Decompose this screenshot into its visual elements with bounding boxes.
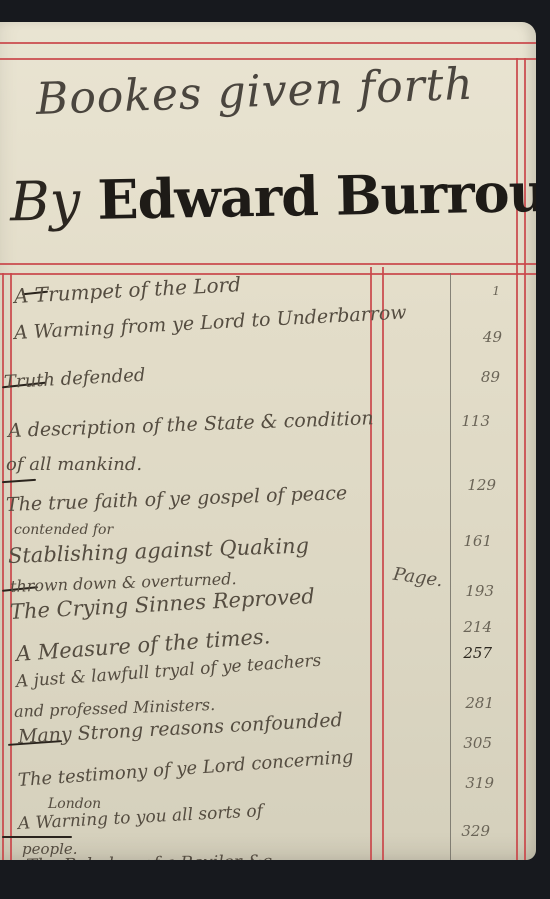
list-item-page: 257 — [432, 644, 492, 662]
top-rule-1 — [0, 42, 536, 44]
list-item-page: 193 — [434, 582, 494, 600]
title-line-1: Bookes given forth — [35, 59, 474, 125]
list-item-page: 89 — [440, 368, 500, 386]
list-item-page: 1 — [440, 284, 500, 298]
list-item-title: A Trumpet of the Lord — [13, 272, 241, 308]
list-item-page: 161 — [432, 532, 492, 550]
list-item-title: contended for — [14, 522, 113, 538]
header-rule-1 — [0, 263, 536, 265]
list-item-page: 329 — [430, 822, 490, 840]
list-item-page: 129 — [436, 476, 496, 494]
column-rule-2 — [382, 267, 384, 860]
list-item-page: 49 — [442, 328, 502, 346]
list-item-page: 214 — [432, 618, 492, 636]
entry-marker — [2, 836, 72, 838]
title-author: Edward Burrough — [97, 159, 536, 232]
left-margin-rule-1 — [2, 273, 4, 860]
list-item-title: A description of the State & condition — [8, 407, 374, 442]
list-item-title: Stablishing against Quaking — [8, 533, 310, 567]
title-line-2: By Edward Burrough — [9, 159, 536, 234]
list-item-title: Truth defended — [3, 365, 145, 393]
page-column-rule — [450, 273, 451, 860]
list-item-page: 305 — [432, 734, 492, 752]
list-item-title: The testimony of ye Lord concerning — [17, 747, 354, 791]
list-item-title: The true faith of ye gospel of peace — [6, 482, 348, 516]
list-item-page: 281 — [434, 694, 494, 712]
column-rule-1 — [370, 267, 372, 860]
manuscript-page: Bookes given forth By Edward Burrough Pa… — [0, 22, 536, 860]
header-rule-2 — [0, 273, 536, 275]
title-by: By — [10, 169, 81, 233]
list-item-page: 319 — [434, 774, 494, 792]
entry-marker — [2, 479, 36, 483]
list-item-page: 113 — [430, 412, 490, 430]
list-item-title: of all mankind. — [6, 454, 142, 475]
list-item-title: A Warning from ye Lord to Underbarrow — [13, 301, 407, 344]
